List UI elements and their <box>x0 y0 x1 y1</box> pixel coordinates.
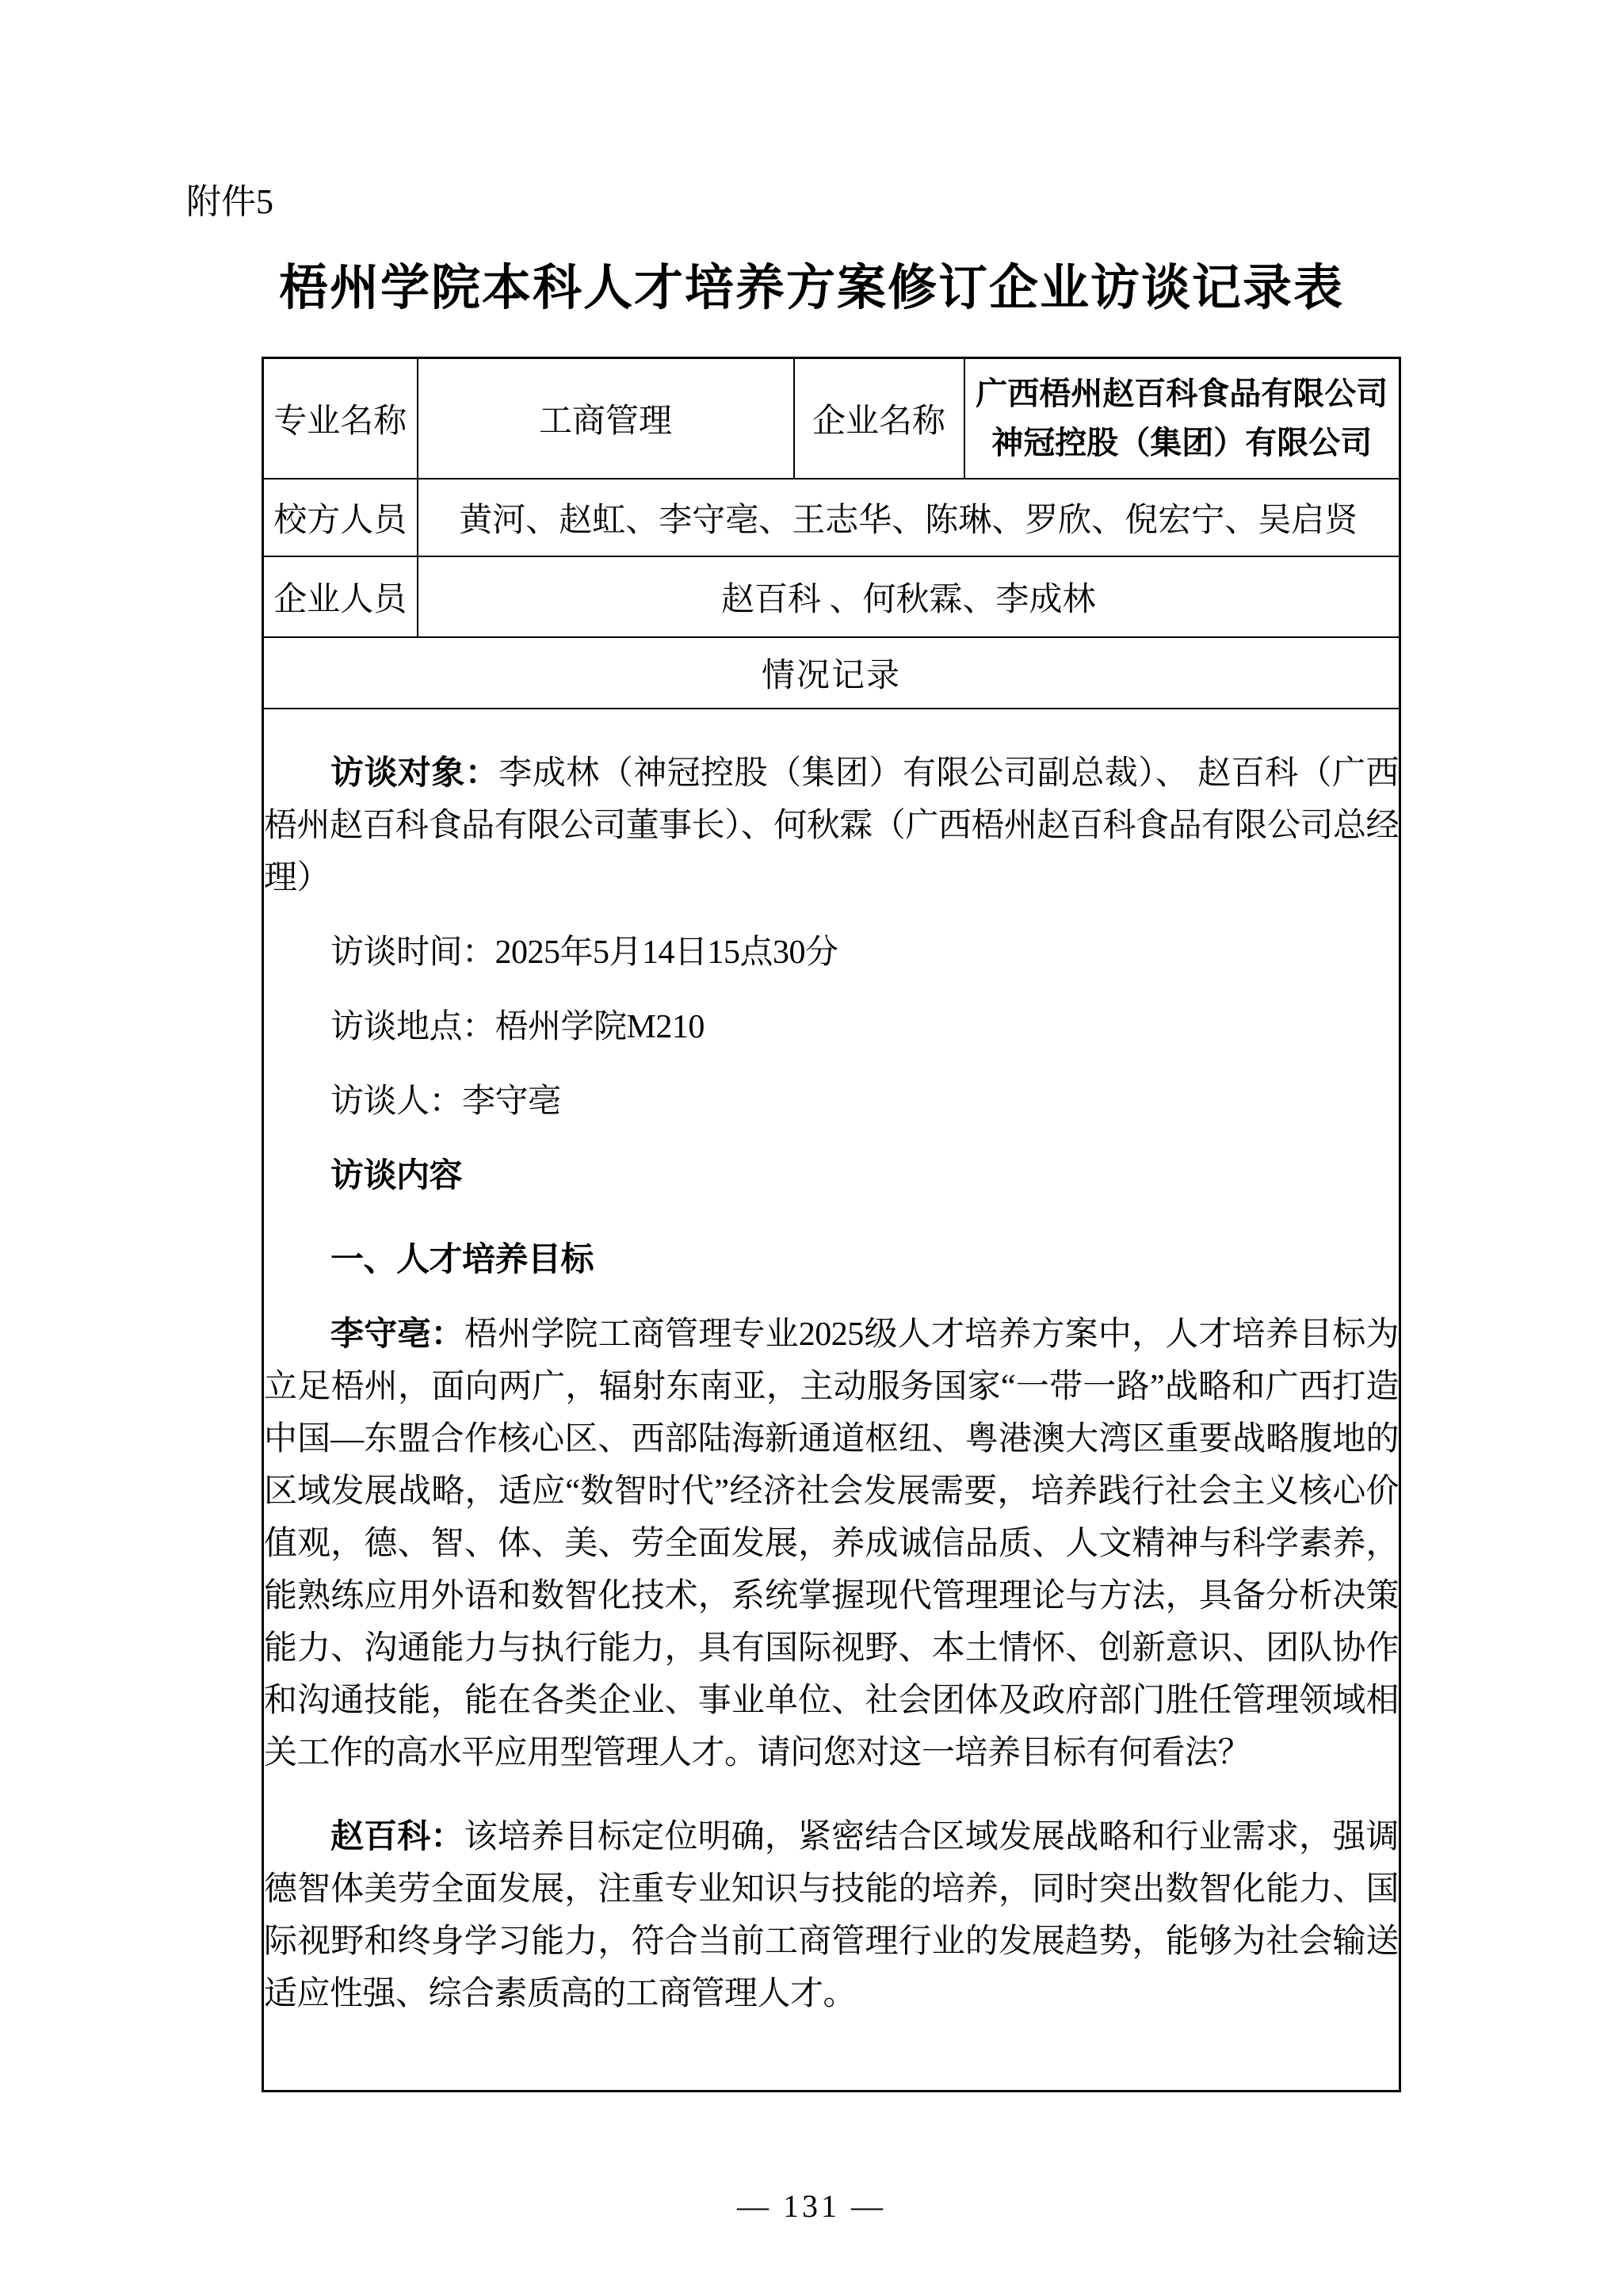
table-row-school-staff: 校方人员 黄河、赵虹、李守亳、王志华、陈琳、罗欣、倪宏宁、吴启贤 <box>263 479 1400 556</box>
table-row-record-content: 访谈对象：李成林（神冠控股（集团）有限公司副总裁）、 赵百科（广西梧州赵百科食品… <box>263 709 1400 2092</box>
school-staff-label-cell: 校方人员 <box>263 479 418 556</box>
company-staff-label-cell: 企业人员 <box>263 556 418 637</box>
section1-heading: 一、人才培养目标 <box>264 1234 1399 1286</box>
question1-paragraph: 李守亳：梧州学院工商管理专业2025级人才培养方案中，人才培养目标为立足梧州，面… <box>264 1308 1399 1779</box>
table-row-company-staff: 企业人员 赵百科 、何秋霖、李成林 <box>263 556 1400 637</box>
content-heading: 访谈内容 <box>264 1150 1399 1202</box>
interviewer-line: 访谈人：李守亳 <box>264 1075 1399 1128</box>
major-value-cell: 工商管理 <box>418 358 794 479</box>
company-staff-names-cell: 赵百科 、何秋霖、李成林 <box>418 556 1400 637</box>
company-name-line2: 神冠控股（集团）有限公司 <box>965 418 1400 468</box>
company-label-cell: 企业名称 <box>794 358 964 479</box>
question1-text: 梧州学院工商管理专业2025级人才培养方案中，人才培养目标为立足梧州，面向两广，… <box>264 1316 1399 1771</box>
school-staff-names-cell: 黄河、赵虹、李守亳、王志华、陈琳、罗欣、倪宏宁、吴启贤 <box>418 479 1400 556</box>
interviewees-paragraph: 访谈对象：李成林（神冠控股（集团）有限公司副总裁）、 赵百科（广西梧州赵百科食品… <box>264 747 1399 904</box>
interview-record-table: 专业名称 工商管理 企业名称 广西梧州赵百科食品有限公司 神冠控股（集团）有限公… <box>262 357 1401 2092</box>
company-name-cell: 广西梧州赵百科食品有限公司 神冠控股（集团）有限公司 <box>964 358 1400 479</box>
company-name-lines: 广西梧州赵百科食品有限公司 神冠控股（集团）有限公司 <box>965 369 1400 468</box>
interview-time-line: 访谈时间：2025年5月14日15点30分 <box>264 926 1399 979</box>
company-name-line1: 广西梧州赵百科食品有限公司 <box>965 369 1400 418</box>
page-title: 梧州学院本科人才培养方案修订企业访谈记录表 <box>0 250 1623 327</box>
interviewees-label: 访谈对象： <box>330 755 498 792</box>
attachment-label: 附件5 <box>186 179 273 225</box>
table-row-header: 专业名称 工商管理 企业名称 广西梧州赵百科食品有限公司 神冠控股（集团）有限公… <box>263 358 1400 479</box>
document-page: 附件5 梧州学院本科人才培养方案修订企业访谈记录表 专业名称 工商管理 企业名称… <box>0 0 1623 2296</box>
table-row-record-header: 情况记录 <box>263 637 1400 709</box>
interview-place-line: 访谈地点：梧州学院M210 <box>264 1001 1399 1053</box>
answer1-speaker-label: 赵百科： <box>330 1819 464 1855</box>
question1-speaker-label: 李守亳： <box>330 1316 464 1353</box>
page-number: — 131 — <box>0 2187 1623 2225</box>
record-content-cell: 访谈对象：李成林（神冠控股（集团）有限公司副总裁）、 赵百科（广西梧州赵百科食品… <box>263 709 1400 2092</box>
record-section-header-cell: 情况记录 <box>263 637 1400 709</box>
answer1-paragraph: 赵百科：该培养目标定位明确，紧密结合区域发展战略和行业需求，强调德智体美劳全面发… <box>264 1811 1399 2020</box>
major-label-cell: 专业名称 <box>263 358 418 479</box>
